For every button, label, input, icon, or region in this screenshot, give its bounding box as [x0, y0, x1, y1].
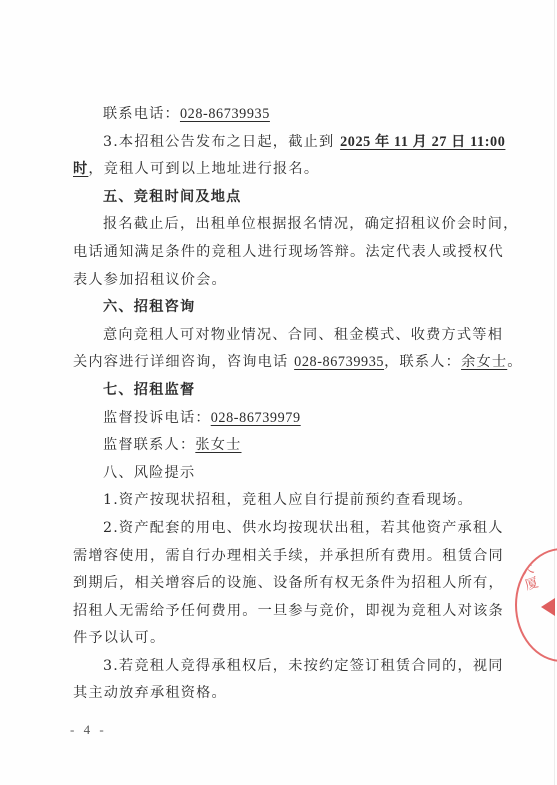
complaint-phone-value: 028-86739979	[211, 410, 301, 426]
deadline-line-2: 时，竞租人可到以上地址进行报名。	[73, 156, 493, 184]
contact-phone-label: 联系电话：	[103, 106, 180, 122]
paragraph-line: 件予以认可。	[73, 625, 493, 653]
paragraph-line: 电话通知满足条件的竞租人进行现场答辩。法定代表人或授权代	[73, 239, 493, 267]
contact-person: 余女士	[461, 354, 507, 370]
consult-text: 关内容进行详细咨询，咨询电话	[73, 354, 294, 370]
document-page: 联系电话：028-86739935 3.本招租公告发布之日起，截止到 2025 …	[0, 0, 557, 785]
section-heading-8: 八、风险提示	[73, 460, 493, 488]
deadline-line-1: 3.本招租公告发布之日起，截止到 2025 年 11 月 27 日 11:00	[73, 129, 493, 157]
consult-line: 关内容进行详细咨询，咨询电话 028-86739935，联系人：余女士。	[73, 349, 493, 377]
period: 。	[507, 354, 522, 370]
document-body: 联系电话：028-86739935 3.本招租公告发布之日起，截止到 2025 …	[73, 101, 493, 708]
section-heading-6: 六、招租咨询	[73, 294, 493, 322]
complaint-phone-label: 监督投诉电话：	[103, 410, 211, 426]
contact-label: ，联系人：	[384, 354, 461, 370]
complaint-phone-line: 监督投诉电话：028-86739979	[73, 405, 493, 433]
consult-phone: 028-86739935	[294, 354, 384, 370]
paragraph-line: 招租人无需给予任何费用。一旦参与竞价，即视为竞租人对该条	[73, 598, 493, 626]
supervisor-name: 张女士	[195, 437, 241, 453]
deadline-text: 3.本招租公告发布之日起，截止到	[103, 134, 340, 150]
stamp-star-icon	[541, 598, 555, 616]
risk-item-3: 3.若竞租人竞得承租权后，未按约定签订租赁合同的，视同	[73, 653, 493, 681]
paragraph-line: 表人参加招租议价会。	[73, 267, 493, 295]
deadline-text-rest: ，竞租人可到以上地址进行报名。	[88, 161, 319, 177]
paragraph-line: 到期后，相关增容后的设施、设备所有权无条件为招租人所有，	[73, 570, 493, 598]
contact-phone-line: 联系电话：028-86739935	[73, 101, 493, 129]
stamp-text: 大厦	[519, 560, 543, 593]
deadline-datetime: 2025 年 11 月 27 日 11:00	[340, 134, 505, 150]
paragraph-line: 报名截止后，出租单位根据报名情况，确定招租议价会时间，	[73, 211, 493, 239]
paragraph-line: 需增容使用，需自行办理相关手续，并承担所有费用。租赁合同	[73, 543, 493, 571]
risk-item-2: 2.资产配套的用电、供水均按现状出租，若其他资产承租人	[73, 515, 493, 543]
risk-item-1: 1.资产按现状招租，竞租人应自行提前预约查看现场。	[73, 487, 493, 515]
page-edge	[554, 0, 555, 785]
section-heading-7: 七、招租监督	[73, 377, 493, 405]
official-seal-stamp: 大厦	[515, 548, 557, 662]
deadline-datetime-suffix: 时	[73, 161, 88, 177]
supervisor-label: 监督联系人：	[103, 437, 195, 453]
paragraph-line: 其主动放弃承租资格。	[73, 680, 493, 708]
contact-phone-value: 028-86739935	[180, 106, 270, 122]
section-heading-5: 五、竞租时间及地点	[73, 184, 493, 212]
supervisor-line: 监督联系人：张女士	[73, 432, 493, 460]
page-number: - 4 -	[70, 722, 107, 738]
paragraph-line: 意向竞租人可对物业情况、合同、租金模式、收费方式等相	[73, 322, 493, 350]
